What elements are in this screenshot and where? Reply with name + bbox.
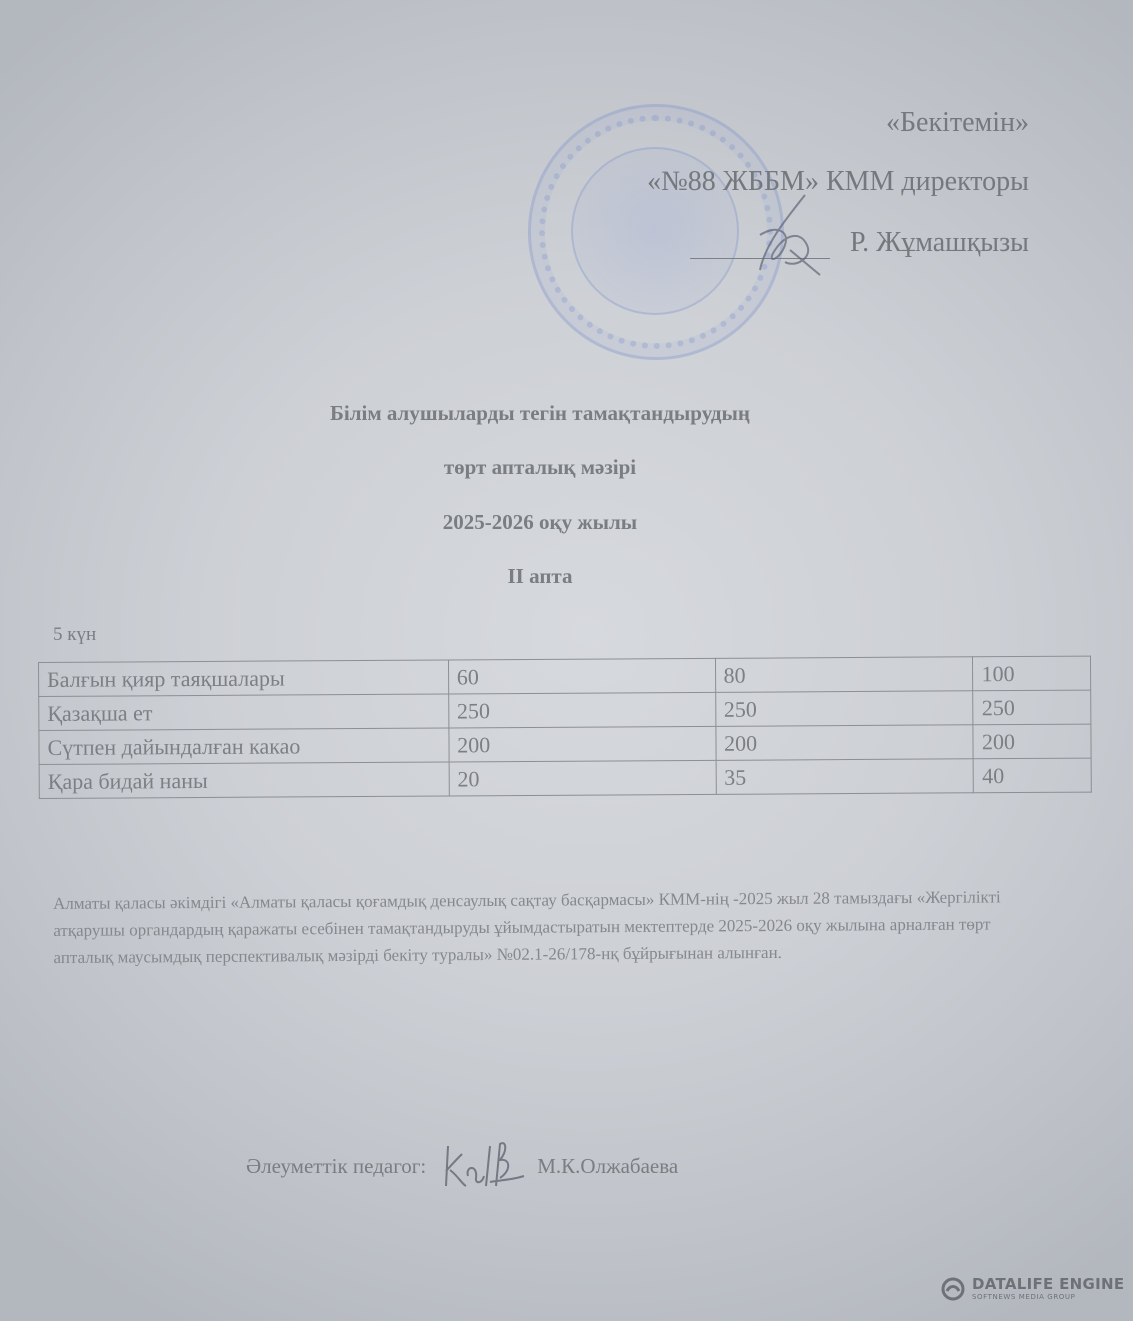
menu-table: Балғын қияр таяқшалары6080100Қазақша ет2…	[38, 656, 1092, 799]
portion-value: 250	[973, 690, 1091, 725]
datalife-logo-icon	[940, 1276, 966, 1302]
pedagogue-signature-icon	[440, 1136, 525, 1196]
watermark-subtitle: SOFTNEWS MEDIA GROUP	[972, 1294, 1124, 1301]
source-note: Алматы қаласы әкімдігі «Алматы қаласы қо…	[53, 883, 1054, 971]
portion-value: 100	[973, 656, 1091, 691]
approval-heading: «Бекітемін»	[886, 107, 1029, 139]
director-signature-icon	[745, 190, 835, 280]
document-title: Білім алушыларды тегін тамақтандырудың	[0, 401, 1080, 426]
watermark-title: DATALIFE ENGINE	[972, 1277, 1124, 1292]
footer-role: Әлеуметтік педагог:	[246, 1154, 426, 1179]
footer-name: М.К.Олжабаева	[537, 1154, 678, 1179]
approval-position: «№88 ЖББМ» КММ директоры	[647, 166, 1029, 198]
document-subtitle: төрт апталық мәзірі	[0, 455, 1080, 480]
academic-year: 2025-2026 оқу жылы	[0, 510, 1080, 535]
menu-item-name: Сүтпен дайындалған какао	[39, 728, 449, 765]
portion-value: 250	[448, 692, 715, 728]
menu-item-name: Қара бидай наны	[39, 762, 449, 799]
portion-value: 40	[974, 758, 1092, 793]
datalife-watermark: DATALIFE ENGINE SOFTNEWS MEDIA GROUP	[940, 1276, 1124, 1302]
portion-value: 60	[448, 658, 715, 694]
week-label: ІІ апта	[0, 564, 1080, 589]
table-row: Қара бидай наны203540	[39, 758, 1091, 798]
day-label: 5 күн	[53, 624, 96, 646]
portion-value: 80	[715, 657, 973, 693]
approval-director-name: Р. Жұмашқызы	[850, 227, 1029, 259]
portion-value: 35	[716, 759, 974, 795]
portion-value: 200	[973, 724, 1091, 759]
menu-item-name: Қазақша ет	[39, 694, 449, 731]
portion-value: 200	[449, 726, 716, 762]
portion-value: 20	[449, 760, 716, 796]
menu-item-name: Балғын қияр таяқшалары	[39, 660, 449, 697]
portion-value: 200	[715, 725, 973, 761]
footer-signature-block: Әлеуметтік педагог: М.К.Олжабаева	[246, 1136, 678, 1196]
portion-value: 250	[715, 691, 973, 727]
